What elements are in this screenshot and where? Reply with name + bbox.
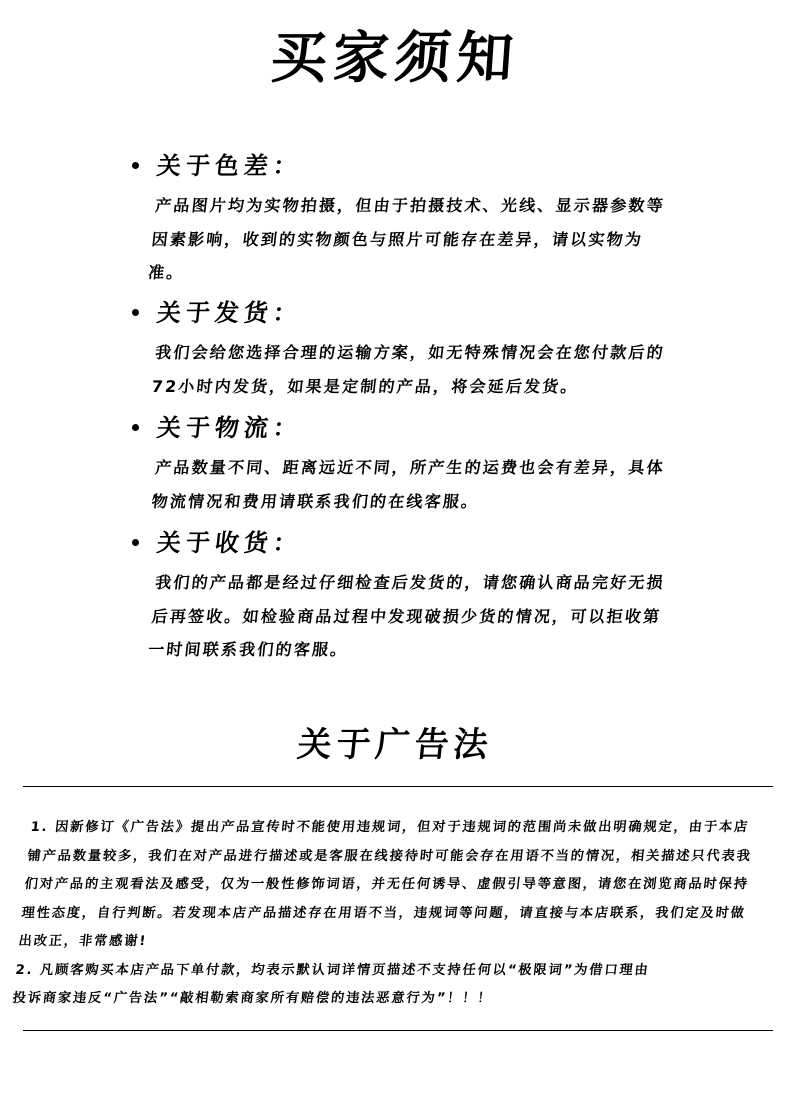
notice-heading: 关于物流： — [155, 411, 304, 445]
notice-heading: 关于收货： — [155, 526, 304, 560]
notice-receiving: 关于收货： 我们的产品都是经过仔细检查后发货的，请您确认商品完好无损后再签收。如… — [130, 526, 690, 667]
notice-color-difference: 关于色差： 产品图片均为实物拍摄，但由于拍摄技术、光线、显示器参数等因素影响，收… — [130, 149, 690, 290]
bullet-icon — [132, 309, 139, 316]
notice-logistics: 关于物流： 产品数量不同、距离远近不同，所产生的运费也会有差异，具体物流情况和费… — [130, 411, 690, 518]
divider-bottom — [23, 1030, 773, 1031]
advertising-law-paragraph-2: 2. 凡顾客购买本店产品下单付款，均表示默认词详情页描述不支持任何以“极限词”为… — [11, 957, 657, 1014]
bullet-icon — [132, 162, 139, 169]
notice-body: 产品数量不同、距离远近不同，所产生的运费也会有差异，具体物流情况和费用请联系我们… — [150, 451, 677, 518]
page-title: 买家须知 — [0, 22, 790, 94]
notice-body: 我们会给您选择合理的运输方案，如无特殊情况会在您付款后的72小时内发货，如果是定… — [150, 336, 677, 403]
divider-top — [23, 786, 773, 787]
bullet-icon — [132, 539, 139, 546]
notice-body: 产品图片均为实物拍摄，但由于拍摄技术、光线、显示器参数等因素影响，收到的实物颜色… — [146, 189, 677, 290]
notice-shipping: 关于发货： 我们会给您选择合理的运输方案，如无特殊情况会在您付款后的72小时内发… — [130, 296, 690, 403]
advertising-law-title: 关于广告法 — [0, 720, 790, 770]
notice-heading: 关于色差： — [155, 149, 304, 183]
advertising-law-paragraph-1: 1. 因新修订《广告法》提出产品宣传时不能使用违规词，但对于违规词的范围尚未做出… — [17, 814, 762, 957]
notice-body: 我们的产品都是经过仔细检查后发货的，请您确认商品完好无损后再签收。如检验商品过程… — [146, 566, 677, 667]
advertising-law-body: 1. 因新修订《广告法》提出产品宣传时不能使用违规词，但对于违规词的范围尚未做出… — [11, 814, 762, 1014]
notice-heading: 关于发货： — [155, 296, 304, 330]
bullet-icon — [132, 424, 139, 431]
